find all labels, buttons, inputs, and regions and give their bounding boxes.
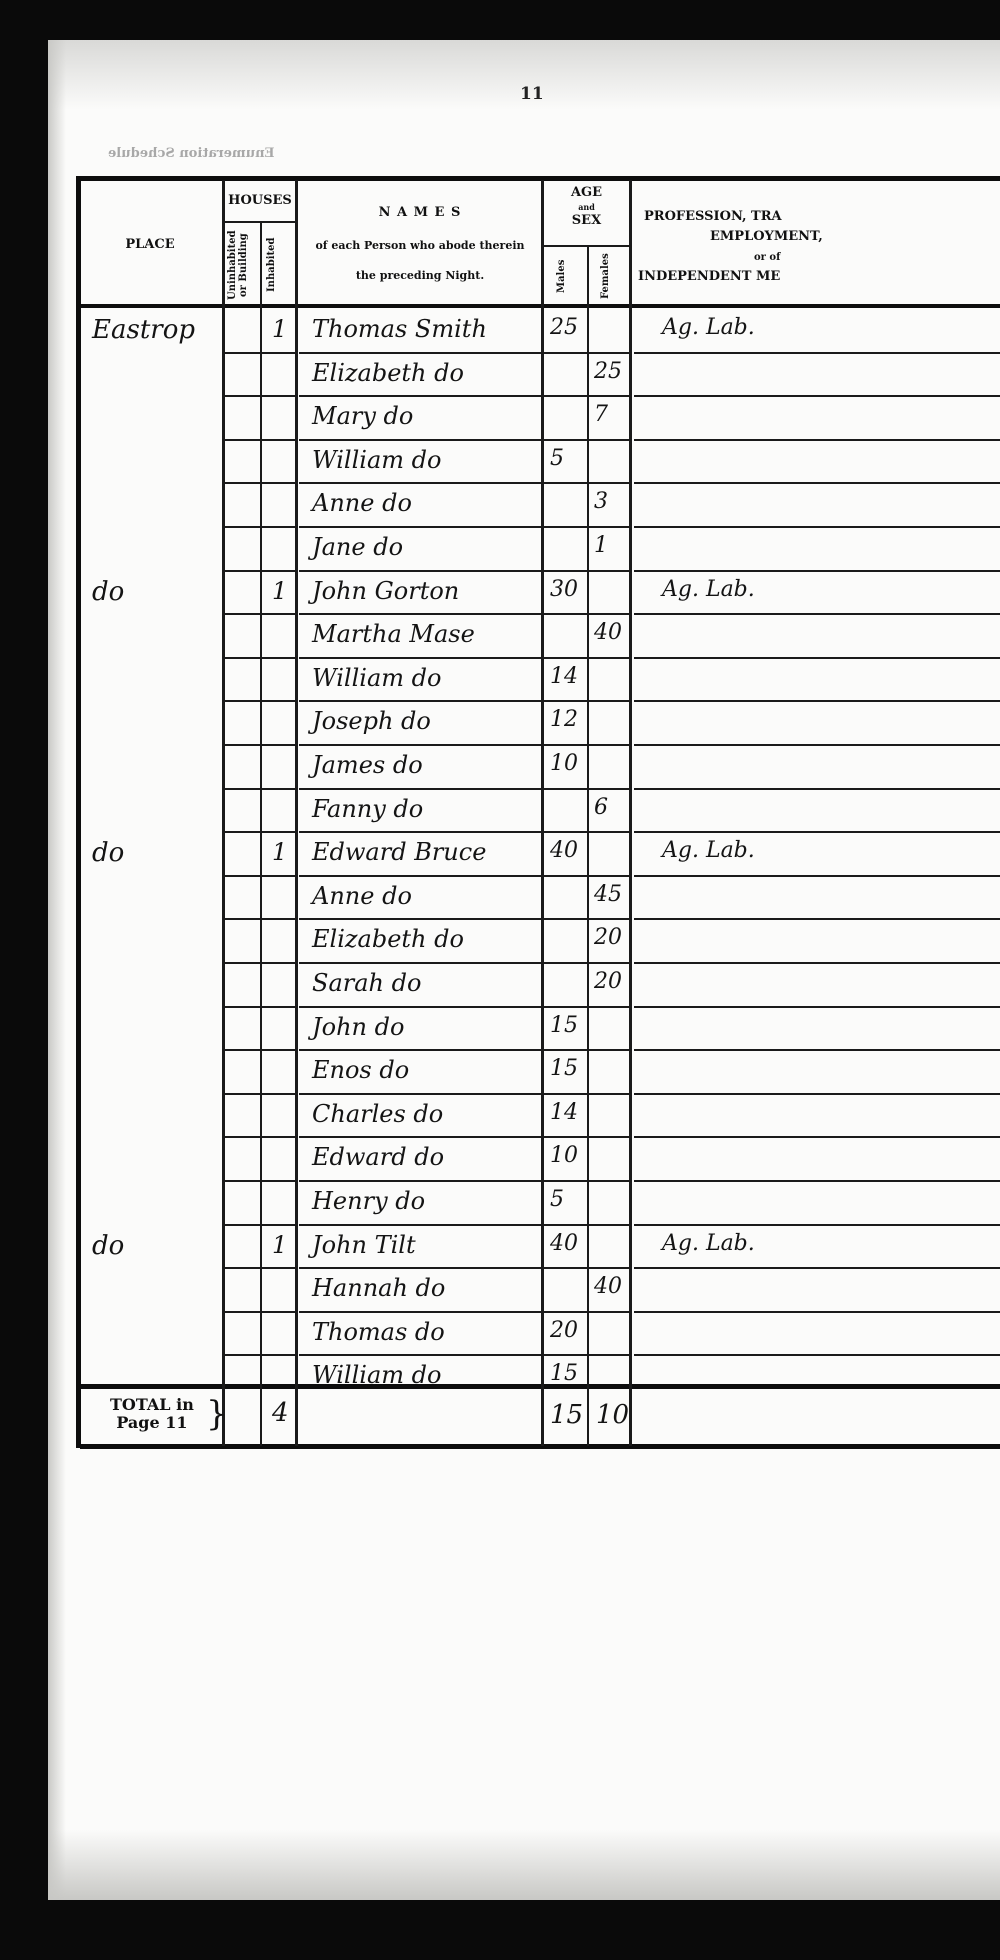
profession-cell: Ag. Lab. [662, 1231, 755, 1256]
name-cell: Hannah do [312, 1274, 445, 1302]
name-cell: Elizabeth do [312, 925, 464, 953]
name-cell: Anne do [312, 489, 412, 517]
male-age-cell: 12 [550, 707, 578, 732]
name-cell: William do [312, 664, 441, 692]
table-row: John do15 [0, 1007, 1000, 1051]
table-row: Mary do7 [0, 396, 1000, 440]
name-cell: Edward Bruce [312, 838, 486, 866]
female-age-cell: 7 [594, 402, 608, 427]
male-age-cell: 15 [550, 1013, 578, 1038]
female-age-cell: 1 [594, 533, 608, 558]
table-row: Martha Mase40 [0, 614, 1000, 658]
header-profession-line1: PROFESSION, TRA [644, 210, 1000, 225]
table-row: Hannah do40 [0, 1268, 1000, 1312]
place-cell: do [92, 838, 124, 868]
female-age-cell: 40 [594, 620, 622, 645]
header-houses: HOUSES [224, 194, 296, 209]
name-cell: John Gorton [312, 577, 459, 605]
table-row: Eastrop1Thomas Smith25Ag. Lab. [0, 309, 1000, 353]
name-cell: William do [312, 446, 441, 474]
name-cell: Thomas Smith [312, 315, 487, 343]
table-row: James do10 [0, 745, 1000, 789]
name-cell: Jane do [312, 533, 403, 561]
header-uninhabited-line1: Uninhabited [227, 230, 238, 300]
table-bottom-border [80, 1444, 1000, 1449]
name-cell: Anne do [312, 882, 412, 910]
table-row: Elizabeth do20 [0, 919, 1000, 963]
name-cell: Edward do [312, 1143, 444, 1171]
bleed-through-heading: Enumeration Schedule [108, 146, 274, 161]
total-males: 15 [550, 1400, 583, 1430]
table-row: William do15 [0, 1355, 1000, 1399]
male-age-cell: 14 [550, 664, 578, 689]
header-age-and: and [543, 203, 630, 212]
header-profession-line3: or of [754, 252, 854, 264]
houses-sub-divider [224, 221, 296, 223]
total-label-line1: TOTAL in [110, 1396, 194, 1414]
header-place: PLACE [100, 238, 200, 253]
male-age-cell: 5 [550, 446, 564, 471]
page-shadow-bottom [48, 1830, 1000, 1900]
table-row: Elizabeth do25 [0, 353, 1000, 397]
name-cell: Elizabeth do [312, 359, 464, 387]
profession-cell: Ag. Lab. [662, 315, 755, 340]
table-row: Henry do5 [0, 1181, 1000, 1225]
table-row: do1John Gorton30Ag. Lab. [0, 571, 1000, 615]
name-cell: John do [312, 1013, 404, 1041]
name-cell: Enos do [312, 1056, 409, 1084]
name-cell: Mary do [312, 402, 413, 430]
place-cell: do [92, 1231, 124, 1261]
header-names-line3: the preceding Night. [298, 270, 542, 283]
table-row: Enos do15 [0, 1050, 1000, 1094]
inhabited-cell: 1 [272, 577, 287, 605]
name-cell: Sarah do [312, 969, 421, 997]
male-age-cell: 5 [550, 1187, 564, 1212]
header-uninhabited: Uninhabited or Building [227, 228, 259, 302]
header-females: Females [600, 250, 620, 302]
header-profession-line4: INDEPENDENT ME [638, 270, 1000, 285]
inhabited-cell: 1 [272, 315, 287, 343]
place-cell: Eastrop [92, 315, 195, 345]
table-row: Edward do10 [0, 1137, 1000, 1181]
female-age-cell: 20 [594, 925, 622, 950]
male-age-cell: 15 [550, 1056, 578, 1081]
total-label-line2: Page 11 [110, 1414, 194, 1432]
header-profession-line2: EMPLOYMENT, [710, 230, 1000, 245]
name-cell: Joseph do [312, 707, 431, 735]
name-cell: Charles do [312, 1100, 443, 1128]
male-age-cell: 10 [550, 751, 578, 776]
female-age-cell: 45 [594, 882, 622, 907]
table-row: Thomas do20 [0, 1312, 1000, 1356]
header-names-title: N A M E S [298, 206, 542, 221]
table-row: Sarah do20 [0, 963, 1000, 1007]
female-age-cell: 25 [594, 359, 622, 384]
name-cell: Henry do [312, 1187, 425, 1215]
table-row: William do14 [0, 658, 1000, 702]
total-females: 10 [596, 1400, 629, 1430]
male-age-cell: 25 [550, 315, 578, 340]
header-inhabited: Inhabited [266, 228, 292, 302]
place-cell: do [92, 577, 124, 607]
header-names-line2: of each Person who abode therein [298, 240, 542, 253]
male-age-cell: 10 [550, 1143, 578, 1168]
header-sex: SEX [543, 214, 630, 229]
table-row: do1Edward Bruce40Ag. Lab. [0, 832, 1000, 876]
total-brace: } [206, 1394, 228, 1434]
total-inhabited: 4 [272, 1398, 289, 1428]
female-age-cell: 20 [594, 969, 622, 994]
table-row: William do5 [0, 440, 1000, 484]
male-age-cell: 20 [550, 1318, 578, 1343]
name-cell: Thomas do [312, 1318, 445, 1346]
male-age-cell: 30 [550, 577, 578, 602]
profession-cell: Ag. Lab. [662, 838, 755, 863]
name-cell: John Tilt [312, 1231, 416, 1259]
header-age: AGE [543, 186, 630, 201]
name-cell: Fanny do [312, 795, 423, 823]
header-bottom-border [76, 304, 1000, 308]
header-males: Males [556, 250, 576, 302]
male-age-cell: 40 [550, 1231, 578, 1256]
table-row: do1John Tilt40Ag. Lab. [0, 1225, 1000, 1269]
female-age-cell: 3 [594, 489, 608, 514]
female-age-cell: 40 [594, 1274, 622, 1299]
name-cell: William do [312, 1361, 441, 1389]
inhabited-cell: 1 [272, 1231, 287, 1259]
name-cell: James do [312, 751, 423, 779]
page-number: 11 [520, 84, 544, 104]
age-sub-divider [543, 245, 630, 247]
male-age-cell: 40 [550, 838, 578, 863]
table-row: Anne do3 [0, 483, 1000, 527]
header-uninhabited-line2: or Building [238, 233, 249, 297]
table-row: Jane do1 [0, 527, 1000, 571]
table-row: Anne do45 [0, 876, 1000, 920]
table-row: Fanny do6 [0, 789, 1000, 833]
name-cell: Martha Mase [312, 620, 475, 648]
male-age-cell: 14 [550, 1100, 578, 1125]
table-row: Joseph do12 [0, 701, 1000, 745]
female-age-cell: 6 [594, 795, 608, 820]
table-row: Charles do14 [0, 1094, 1000, 1138]
inhabited-cell: 1 [272, 838, 287, 866]
male-age-cell: 15 [550, 1361, 578, 1386]
total-label: TOTAL in Page 11 [110, 1396, 194, 1433]
profession-cell: Ag. Lab. [662, 577, 755, 602]
table-top-border [76, 176, 1000, 181]
